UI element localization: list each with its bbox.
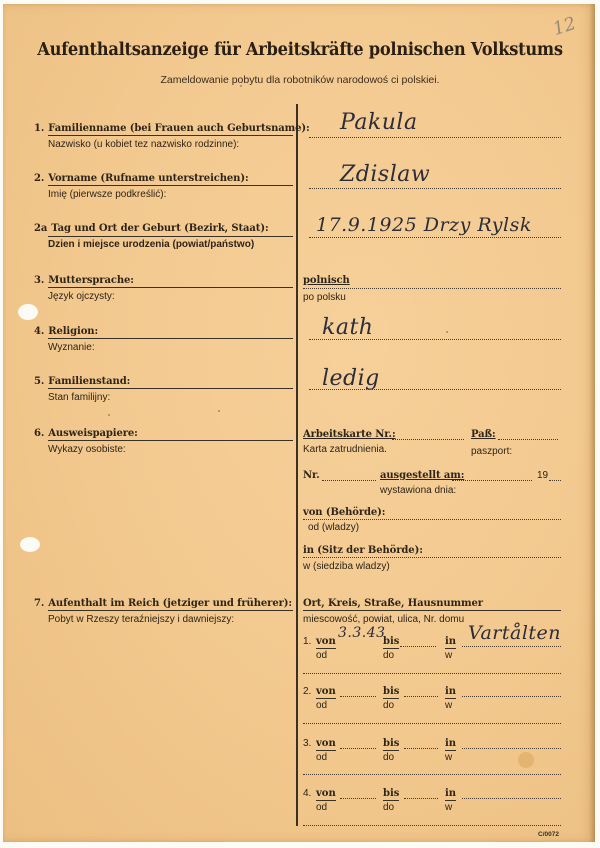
arbeitskarte-line[interactable] [392,439,464,440]
mother-tongue-line [303,288,561,289]
residence-entry-2-num: 2. [303,686,311,697]
field-2-label-de: 2.Vorname (Rufname unterstreichen): [34,173,249,184]
paper-speck [108,414,110,416]
residence-header-pl: miescowość, powiat, ulica, Nr. domu [303,614,464,625]
form-title: Aufenthaltsanzeige für Arbeitskräfte pol… [21,40,579,60]
issued-label-pl: wystawiona dnia: [380,485,456,496]
punch-hole-bottom [20,537,40,552]
residence-entry-1-line-a [462,646,561,647]
nr-line[interactable] [322,480,376,481]
residence-entry-4-to-line[interactable] [404,798,438,799]
residence-entry-1-to-line[interactable] [400,646,436,647]
authority-line[interactable] [303,519,561,520]
paper-speck [446,331,448,333]
field-2-label-pl: Imię (pierwsze podkreślić): [48,189,166,200]
issued-line[interactable] [452,480,532,481]
pass-label-pl: paszport: [471,446,512,457]
field-4-rule [48,338,293,339]
field-1-label-pl: Nazwisko (u kobiet tez nazwisko rodzinne… [48,139,239,150]
field-3-rule [48,287,293,288]
punch-hole-top [18,304,38,320]
column-divider [296,104,298,826]
surname-line [309,137,561,138]
field-7-label-pl: Pobyt w Rzeszy teraźniejszy i dawniejszy… [48,614,234,625]
authority-seat-label: in (Sitz der Behörde): [303,545,423,556]
residence-entry-2-from-line[interactable] [340,696,376,697]
form-subtitle: Zameldowanie pobytu dla robotników narod… [0,74,600,86]
residence-entry-4-num: 4. [303,788,311,799]
in-w-label: inw [445,789,456,813]
residence-entry-4-line-b [303,825,561,826]
field-1-rule [48,135,293,136]
von-od-label: vonod [316,789,336,813]
marital-status-value[interactable]: ledig [322,366,380,391]
birth-date-place-value[interactable]: 17.9.1925 Drzy Rylsk [316,214,532,236]
residence-entry-4-from-line[interactable] [340,798,376,799]
paper-speck [218,410,220,412]
field-7-label-de: 7.Aufenthalt im Reich (jetziger und früh… [34,598,292,609]
residence-entry-3-to-line[interactable] [404,748,438,749]
field-2a-label-de: 2aTag und Ort der Geburt (Bezirk, Staat)… [34,223,269,234]
field-5-label-pl: Stan familijny: [48,392,110,403]
authority-seat-label-pl: w (siedziba wladzy) [303,561,390,572]
field-3-label-pl: Język ojczysty: [48,291,115,302]
von-od-label: vonod [316,637,336,661]
residence-entry-1-place[interactable]: Vartålten [468,622,561,644]
residence-entry-1-from[interactable]: 3.3.43 [338,625,386,641]
field-2a-rule [48,236,293,237]
pass-line[interactable] [498,439,558,440]
field-4-label-pl: Wyznanie: [48,342,95,353]
in-w-label: inw [445,637,456,661]
pass-label: Paß: [471,429,496,440]
mother-tongue-value-de: polnisch [303,275,350,286]
paper-edge-shadow [589,4,595,842]
year-line[interactable] [549,480,561,481]
form-code: C/0072 [538,831,559,838]
residence-entry-2-to-line[interactable] [404,696,438,697]
mother-tongue-value-pl: po polsku [303,292,346,303]
in-w-label: inw [445,739,456,763]
arbeitskarte-label-pl: Karta zatrudnienia. [303,444,387,455]
paper-speck [240,85,242,87]
bis-do-label: bisdo [383,687,399,711]
field-6-rule [48,440,293,441]
bis-do-label: bisdo [383,739,399,763]
residence-entry-4-place-line[interactable] [462,798,561,799]
bis-do-label: bisdo [383,789,399,813]
surname-value[interactable]: Pakula [340,110,418,135]
authority-label-pl: od (wladzy) [308,522,359,533]
field-2a-label-pl: Dzien i miejsce urodzenia (powiat/państw… [48,239,254,250]
residence-entry-3-place-line[interactable] [462,748,561,749]
field-1-label-de: 1.Familienname (bei Frauen auch Geburtsn… [34,123,310,134]
bis-do-label: bisdo [383,637,399,661]
in-w-label: inw [445,687,456,711]
field-6-label-pl: Wykazy osobiste: [48,444,126,455]
residence-header-rule [303,610,561,611]
religion-value[interactable]: kath [322,315,373,340]
arbeitskarte-label: Arbeitskarte Nr.: [303,429,396,440]
residence-entry-3-num: 3. [303,738,311,749]
authority-seat-line[interactable] [303,557,561,558]
residence-entry-3-line-b [303,774,561,775]
field-5-label-de: 5.Familienstand: [34,376,130,387]
field-4-label-de: 4.Religion: [34,326,98,337]
residence-header-de: Ort, Kreis, Straße, Hausnummer [303,598,483,609]
von-od-label: vonod [316,739,336,763]
first-name-value[interactable]: Zdislaw [340,162,430,187]
year-prefix: 19 [537,470,548,481]
residence-entry-1-line-b [303,673,561,674]
nr-label: Nr. [303,470,320,481]
residence-entry-3-from-line[interactable] [340,748,376,749]
field-2-rule [48,185,293,186]
field-5-rule [48,388,293,389]
von-od-label: vonod [316,687,336,711]
field-3-label-de: 3.Muttersprache: [34,275,134,286]
field-6-label-de: 6.Ausweispapiere: [34,428,138,439]
residence-entry-2-line-b [303,723,561,724]
authority-label: von (Behörde): [303,507,385,518]
residence-entry-2-place-line[interactable] [462,696,561,697]
residence-entry-1-num: 1. [303,636,311,647]
paper-stain [518,752,534,768]
birth-line [309,237,561,238]
marital-line [309,389,561,390]
field-7-rule [48,610,293,611]
religion-line [309,339,561,340]
first-name-line [309,188,561,189]
